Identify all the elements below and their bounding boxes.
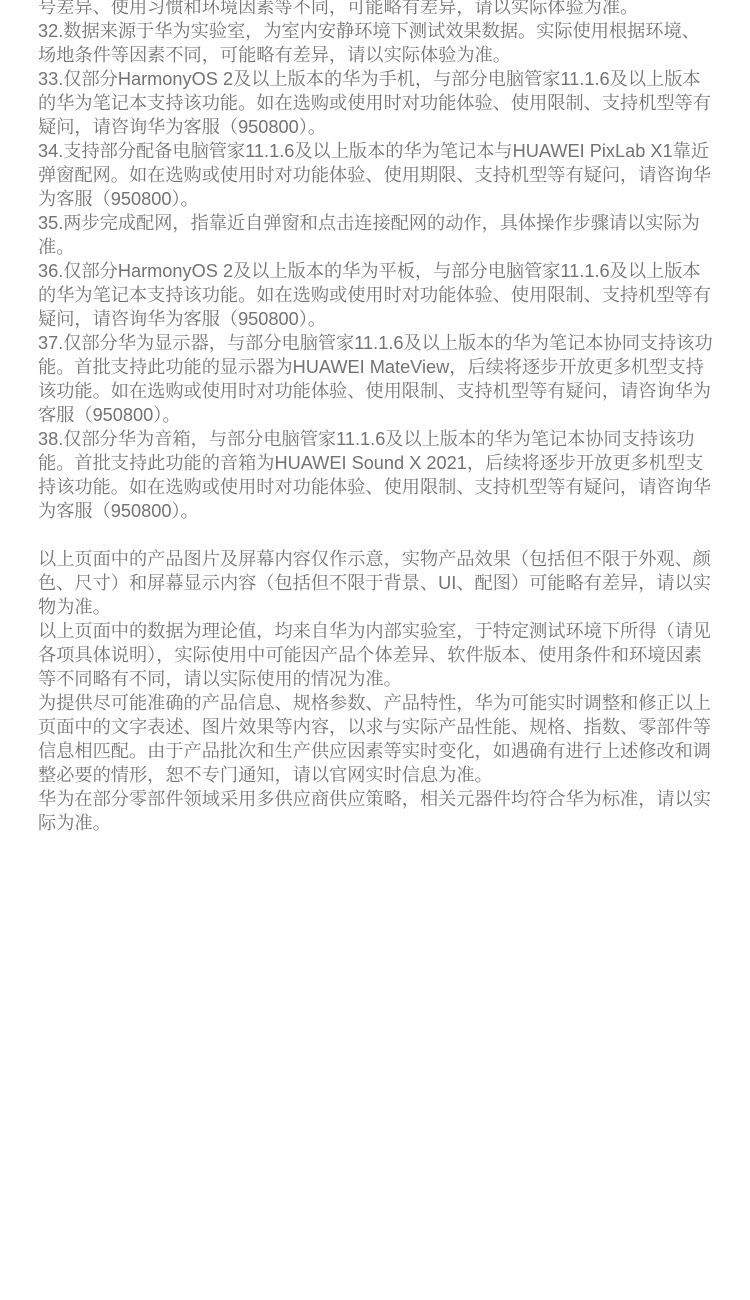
disclaimer-lab-data: 以上页面中的数据为理论值，均来自华为内部实验室，于特定测试环境下所得（请见各项具…	[38, 619, 713, 691]
footnote-item-34: 34.支持部分配备电脑管家11.1.6及以上版本的华为笔记本与HUAWEI Pi…	[38, 139, 713, 211]
footnote-item-36: 36.仅部分HarmonyOS 2及以上版本的华为平板，与部分电脑管家11.1.…	[38, 259, 713, 331]
disclaimer-spec-updates: 为提供尽可能准确的产品信息、规格参数、产品特性，华为可能实时调整和修正以上页面中…	[38, 691, 713, 787]
disclaimer-multi-supplier: 华为在部分零部件领域采用多供应商供应策略，相关元器件均符合华为标准，请以实际为准…	[38, 787, 713, 835]
disclaimer-page: 号差异、使用习惯和环境因素等不同，可能略有差异，请以实际体验为准。 32.数据来…	[0, 0, 750, 1300]
footnote-item-37: 37.仅部分华为显示器，与部分电脑管家11.1.6及以上版本的华为笔记本协同支持…	[38, 331, 713, 427]
general-disclaimers-section: 以上页面中的产品图片及屏幕内容仅作示意，实物产品效果（包括但不限于外观、颜色、尺…	[0, 547, 750, 835]
footnote-item-33: 33.仅部分HarmonyOS 2及以上版本的华为手机，与部分电脑管家11.1.…	[38, 67, 713, 139]
numbered-footnotes-section: 号差异、使用习惯和环境因素等不同，可能略有差异，请以实际体验为准。 32.数据来…	[0, 0, 750, 523]
footnote-item-32: 32.数据来源于华为实验室，为室内安静环境下测试效果数据。实际使用根据环境、场地…	[38, 19, 713, 67]
disclaimer-product-images: 以上页面中的产品图片及屏幕内容仅作示意，实物产品效果（包括但不限于外观、颜色、尺…	[38, 547, 713, 619]
footnote-item-35: 35.两步完成配网，指靠近自弹窗和点击连接配网的动作，具体操作步骤请以实际为准。	[38, 211, 713, 259]
footnote-item-38: 38.仅部分华为音箱，与部分电脑管家11.1.6及以上版本的华为笔记本协同支持该…	[38, 427, 713, 523]
footnote-continuation-fragment: 号差异、使用习惯和环境因素等不同，可能略有差异，请以实际体验为准。	[38, 0, 713, 19]
